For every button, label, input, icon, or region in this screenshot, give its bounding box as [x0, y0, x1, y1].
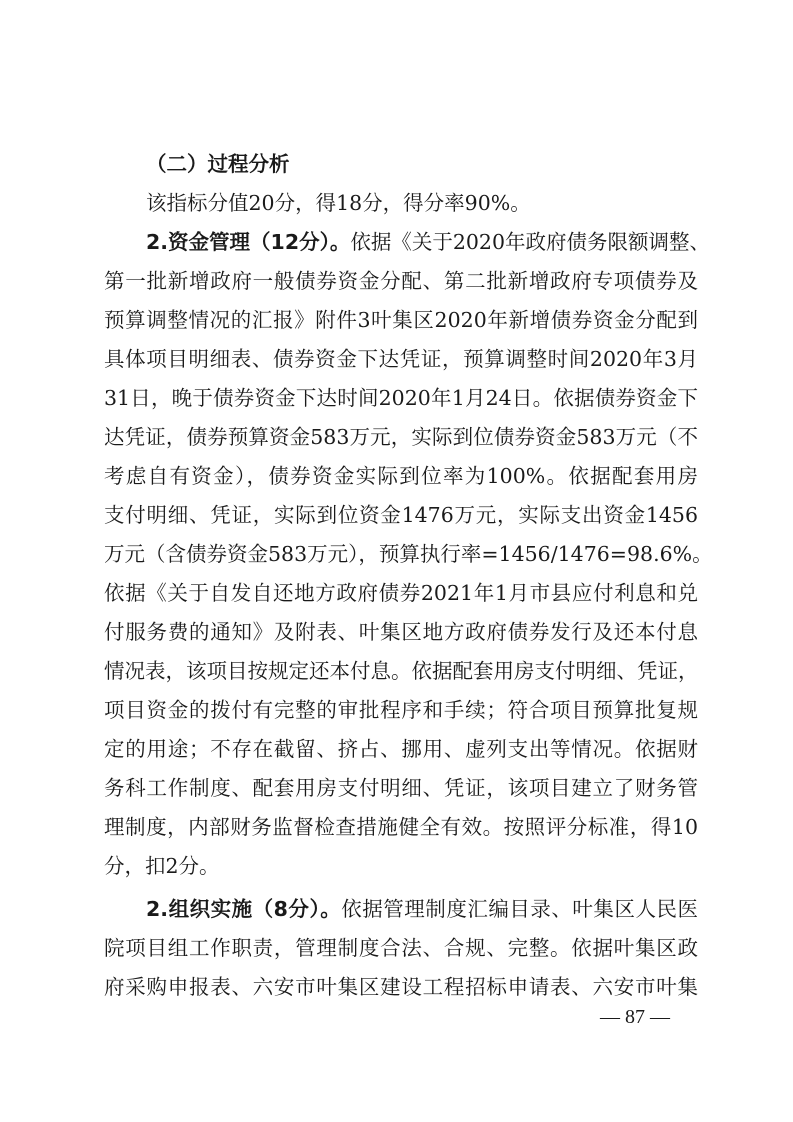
paragraph-2-first-line: 2.组织实施（8分）。依据管理制度汇编目录、叶集区人民医	[146, 895, 698, 923]
paragraph-1-line: 第一批新增政府一般债券资金分配、第二批新增政府专项债券及	[104, 267, 698, 295]
section-heading: （二）过程分析	[146, 150, 698, 178]
paragraph-1-line-0: 依据《关于2020年政府债务限额调整、	[350, 230, 710, 254]
paragraph-1-line: 31日，晚于债券资金下达时间2020年1月24日。依据债券资金下	[104, 384, 698, 412]
paragraph-1-line: 考虑自有资金），债券资金实际到位率为100%。依据配套用房	[104, 462, 698, 490]
paragraph-1-line: 达凭证，债券预算资金583万元，实际到位债券资金583万元（不	[104, 423, 698, 451]
paragraph-2-line-0: 依据管理制度汇编目录、叶集区人民医	[341, 897, 698, 921]
paragraph-1-line: 付服务费的通知》及附表、叶集区地方政府债券发行及还本付息	[104, 618, 698, 646]
paragraph-1-line: 理制度，内部财务监督检查措施健全有效。按照评分标准，得10	[104, 813, 698, 841]
paragraph-2-line: 府采购申报表、六安市叶集区建设工程招标申请表、六安市叶集	[104, 973, 698, 1001]
paragraph-1-line: 项目资金的拨付有完整的审批程序和手续；符合项目预算批复规	[104, 696, 698, 724]
document-page: （二）过程分析 该指标分值20分，得18分，得分率90%。 2.资金管理（12分…	[0, 0, 793, 1122]
paragraph-1-line: 万元（含债券资金583万元），预算执行率=1456/1476=98.6%。	[104, 540, 698, 568]
paragraph-1-line: 支付明细、凭证，实际到位资金1476万元，实际支出资金1456	[104, 501, 698, 529]
paragraph-1-line: 务科工作制度、配套用房支付明细、凭证，该项目建立了财务管	[104, 774, 698, 802]
summary-text: 该指标分值20分，得18分，得分率90%。	[146, 189, 698, 217]
paragraph-1-line: 具体项目明细表、债券资金下达凭证，预算调整时间2020年3月	[104, 345, 698, 373]
page-number: — 87 —	[600, 1006, 670, 1029]
paragraph-1-first-line: 2.资金管理（12分）。依据《关于2020年政府债务限额调整、	[146, 228, 698, 256]
paragraph-1-line: 依据《关于自发自还地方政府债券2021年1月市县应付利息和兑	[104, 579, 698, 607]
paragraph-1-line: 情况表，该项目按规定还本付息。依据配套用房支付明细、凭证，	[104, 657, 698, 685]
paragraph-1-line: 分，扣2分。	[104, 852, 698, 880]
paragraph-1-title: 2.资金管理（12分）。	[146, 230, 350, 254]
paragraph-2-line: 院项目组工作职责，管理制度合法、合规、完整。依据叶集区政	[104, 934, 698, 962]
paragraph-1-line: 预算调整情况的汇报》附件3叶集区2020年新增债券资金分配到	[104, 306, 698, 334]
paragraph-1-line: 定的用途；不存在截留、挤占、挪用、虚列支出等情况。依据财	[104, 735, 698, 763]
paragraph-2-title: 2.组织实施（8分）。	[146, 897, 341, 921]
